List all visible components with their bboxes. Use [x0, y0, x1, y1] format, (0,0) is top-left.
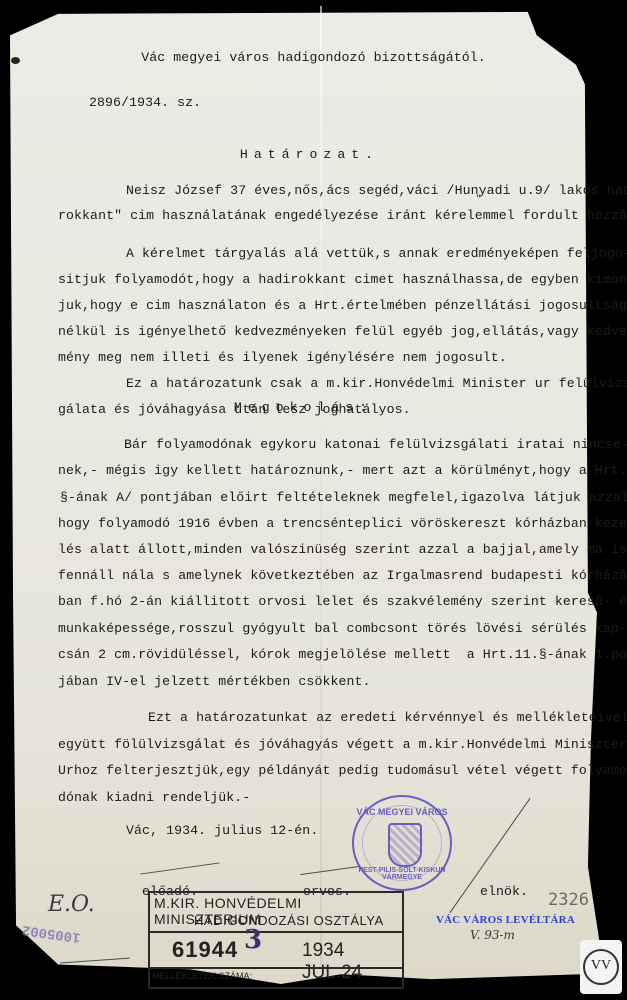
- quote-mark: ": [476, 194, 482, 204]
- body-line: Ez a határozatunk csak a m.kir.Honvédelm…: [126, 376, 627, 391]
- body-line: Neisz József 37 éves,nős,ács segéd,váci …: [126, 183, 627, 198]
- reasoning-line: nek,- mégis igy kellett határoznunk,- me…: [58, 463, 627, 478]
- archive-stamp: VÁC VÁROS LEVÉLTÁRA: [436, 914, 575, 926]
- reasoning-line: csán 2 cm.rövidüléssel, kórok megjelölés…: [58, 647, 627, 662]
- reasoning-line: együtt fölülvizsgálat és jóváhagyás vége…: [58, 737, 627, 752]
- reasoning-line: hogy folyamodó 1916 évben a trencséntepl…: [58, 516, 627, 531]
- body-line: mény meg nem illeti és ilyenek igénylésé…: [58, 350, 507, 365]
- seal-bottom-text: PEST-PILIS-SOLT-KISKUN VÁRMEGYE: [354, 867, 450, 881]
- reference-number: 2896/1934. sz.: [89, 95, 201, 110]
- stamp-divider: [150, 967, 402, 969]
- reasoning-line: lés alatt állott,minden valószinüség sze…: [58, 542, 627, 557]
- reasoning-line: jában IV-el jelzett mértékben csökkent.: [58, 674, 371, 689]
- place-date: Vác, 1934. julius 12-én.: [126, 823, 318, 838]
- stamp-registration-number: 61944: [172, 937, 238, 963]
- body-line: nélkül is igényelhető kedvezményeken fel…: [58, 324, 627, 339]
- reasoning-line: §-ának A/ pontjában előirt feltételeknek…: [60, 490, 627, 505]
- logo-mark: VV: [580, 958, 622, 974]
- archive-logo: VV: [580, 940, 622, 994]
- reasoning-line: munkaképessége,rosszul gyógyult bal comb…: [58, 621, 627, 636]
- reasoning-line: fennáll nála s amelynek következtében az…: [58, 568, 627, 583]
- seal-top-text: VÁC MEGYEI VÁROS: [354, 807, 450, 817]
- body-line: juk,hogy e cim használaton és a Hrt.érte…: [58, 298, 627, 313]
- document-header: Vác megyei város hadigondozó bizottságát…: [0, 50, 627, 65]
- reasoning-line: Bár folyamodónak egykoru katonai felülvi…: [124, 437, 627, 452]
- stamp-attachments-label: MELLÉKLETEK SZÁMA:: [152, 971, 252, 981]
- ministry-registration-stamp: M.KIR. HONVÉDELMI MINISZTERIUM HADIGONDO…: [148, 891, 404, 989]
- handwritten-mark: 3: [244, 928, 266, 952]
- city-round-seal: VÁC MEGYEI VÁROS PEST-PILIS-SOLT-KISKUN …: [352, 795, 452, 891]
- coat-of-arms-icon: [388, 823, 422, 867]
- signatory-chairman: elnök.: [480, 884, 528, 899]
- reasoning-line: Ezt a határozatunkat az eredeti kérvénny…: [148, 710, 627, 725]
- body-line: rokkant" cim használatának engedélyezése…: [58, 208, 627, 223]
- faint-stamped-number: 2326: [548, 890, 589, 910]
- reasoning-title: Megokolás:: [0, 400, 617, 415]
- reasoning-line: dónak kiadni rendeljük.-: [58, 790, 250, 805]
- stamp-ministry-line2: HADIGONDOZÁSI OSZTÁLYA: [194, 913, 384, 928]
- body-line: A kérelmet tárgyalás alá vettük,s annak …: [126, 246, 627, 261]
- left-handwritten-initials: E.O.: [48, 892, 95, 917]
- archive-handwritten-ref: V. 93-m: [470, 928, 515, 942]
- body-line: sitjuk folyamodót,hogy a hadirokkant cim…: [58, 272, 627, 287]
- reasoning-line: Urhoz felterjesztjük,egy példányát pedig…: [58, 763, 627, 778]
- stamp-date: 1934 JUL.24: [302, 940, 402, 984]
- reasoning-line: ban f.hó 2-án kiállitott orvosi lelet és…: [58, 594, 627, 609]
- stamp-divider: [150, 931, 402, 933]
- document-title: Határozat.: [0, 147, 623, 162]
